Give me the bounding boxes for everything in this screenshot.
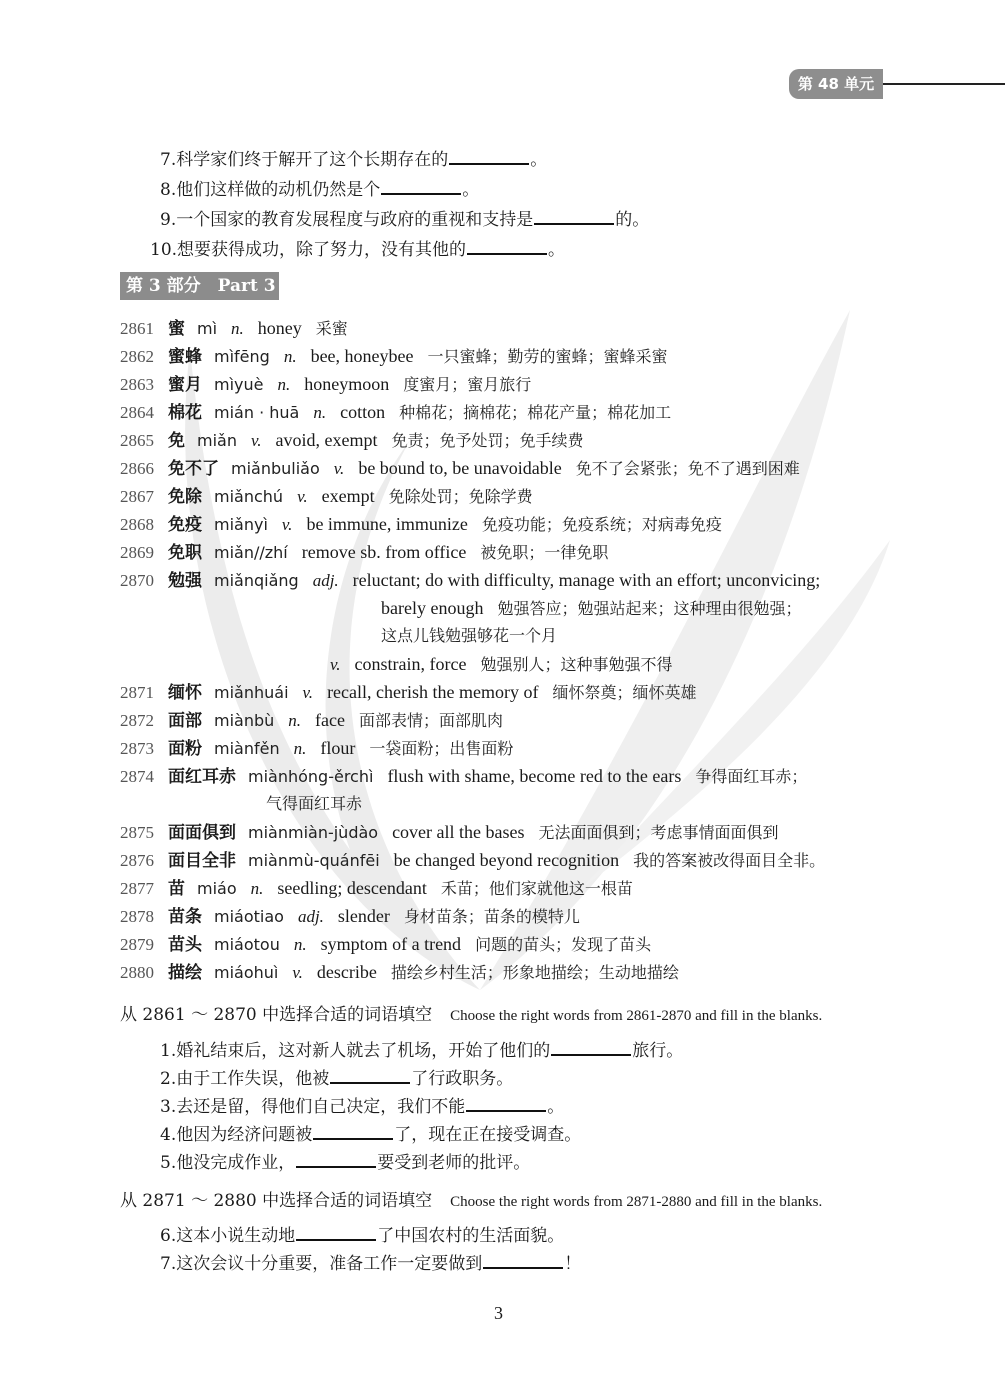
exercise-text-end: 。 — [530, 150, 547, 170]
entry-number: 2873 — [120, 737, 168, 761]
instruction-en: Choose the right words from 2861-2870 an… — [450, 1008, 822, 1024]
watermark-swoosh-graphic — [150, 290, 910, 1010]
entry-examples: 被免职；一律免职 — [480, 543, 608, 562]
entry-word: 免除 — [168, 487, 202, 507]
entry-number: 2863 — [120, 373, 168, 397]
entry-examples: 气得面红耳赤 — [266, 794, 362, 813]
vocab-entry-continuation: 这点儿钱勉强够花一个月 — [381, 624, 557, 648]
entry-pinyin: miáotou — [214, 935, 280, 954]
entry-pinyin: miànmù-quánfēi — [248, 851, 380, 870]
vocab-entry-continuation: barely enough勉强答应；勉强站起来；这种理由很勉强； — [381, 596, 801, 621]
entry-word: 面红耳赤 — [168, 767, 236, 787]
exercise-text: 一个国家的教育发展程度与政府的重视和支持是 — [176, 210, 533, 230]
entry-pinyin: miǎnchú — [214, 487, 283, 506]
entry-pinyin: miànbù — [214, 711, 274, 730]
entry-pinyin: mián · huā — [214, 403, 299, 422]
exercise-item: 2.由于工作失误，他被了行政职务。 — [160, 1064, 513, 1091]
vocab-entry: 2878苗条miáotiaoadj.slender身材苗条；苗条的模特儿 — [120, 904, 580, 929]
exercise-item: 1.婚礼结束后，这对新人就去了机场，开始了他们的旅行。 — [160, 1036, 683, 1063]
entry-definition: recall, cherish the memory of — [327, 682, 538, 702]
entry-pinyin: miáo — [197, 879, 237, 898]
answer-blank[interactable] — [296, 1148, 376, 1168]
vocab-entry: 2876面目全非miànmù-quánfēibe changed beyond … — [120, 848, 825, 873]
entry-definition: bee, honeybee — [311, 346, 414, 366]
vocab-entry: 2867免除miǎnchúv.exempt免除处罚；免除学费 — [120, 484, 533, 509]
exercise-number: 8. — [160, 180, 176, 200]
entry-examples: 问题的苗头；发现了苗头 — [475, 935, 651, 954]
entry-examples: 免除处罚；免除学费 — [389, 487, 533, 506]
vocab-entry: 2861蜜mìn.honey采蜜 — [120, 316, 348, 341]
exercise-item: 4.他因为经济问题被了，现在正在接受调查。 — [160, 1120, 581, 1147]
exercise-instruction: 从 2871 ～ 2880 中选择合适的词语填空Choose the right… — [120, 1186, 822, 1211]
entry-pinyin: mì — [197, 319, 217, 338]
exercise-text: 这次会议十分重要，准备工作一定要做到 — [176, 1254, 482, 1274]
entry-examples: 禾苗；他们家就他这一根苗 — [441, 879, 633, 898]
vocab-entry: 2868免疫miǎnyìv.be immune, immunize免疫功能；免疫… — [120, 512, 722, 537]
entry-pinyin: miǎnbuliǎo — [231, 459, 320, 478]
answer-blank[interactable] — [483, 1249, 563, 1269]
exercise-item: 7.这次会议十分重要，准备工作一定要做到！ — [160, 1249, 581, 1276]
part-heading: 第 3 部分 Part 3 — [120, 272, 279, 300]
exercise-text: 去还是留，得他们自己决定，我们不能 — [176, 1097, 465, 1117]
entry-number: 2872 — [120, 709, 168, 733]
entry-definition: symptom of a trend — [321, 934, 461, 954]
entry-number: 2871 — [120, 681, 168, 705]
exercise-number: 1. — [160, 1041, 176, 1061]
exercise-text: 婚礼结束后，这对新人就去了机场，开始了他们的 — [176, 1041, 550, 1061]
entry-pinyin: miànmiàn-jùdào — [248, 823, 378, 842]
entry-pinyin: miànhóng-ěrchì — [248, 767, 373, 786]
exercise-text-end: 了，现在正在接受调查。 — [394, 1125, 581, 1145]
entry-word: 免 — [168, 431, 185, 451]
entry-pinyin: miǎnyì — [214, 515, 268, 534]
exercise-number: 2. — [160, 1069, 176, 1089]
entry-word: 面面俱到 — [168, 823, 236, 843]
answer-blank[interactable] — [296, 1221, 376, 1241]
exercise-item: 5.他没完成作业，要受到老师的批评。 — [160, 1148, 530, 1175]
entry-number: 2867 — [120, 485, 168, 509]
entry-number: 2866 — [120, 457, 168, 481]
exercise-text: 他们这样做的动机仍然是个 — [176, 180, 380, 200]
vocab-entry-sense: v.constrain, force勉强别人；这种事勉强不得 — [330, 652, 673, 677]
entry-examples: 身材苗条；苗条的模特儿 — [404, 907, 580, 926]
entry-examples: 免责；免予处罚；免手续费 — [392, 431, 584, 450]
entry-pos: v. — [303, 683, 314, 702]
vocab-entry: 2869免职miǎn//zhíremove sb. from office被免职… — [120, 540, 608, 565]
entry-definition: seedling; descendant — [277, 878, 426, 898]
entry-definition: flour — [320, 738, 355, 758]
entry-word: 苗头 — [168, 935, 202, 955]
entry-definition: honeymoon — [304, 374, 389, 394]
exercise-text: 他因为经济问题被 — [176, 1125, 312, 1145]
entry-examples: 一只蜜蜂；勤劳的蜜蜂；蜜蜂采蜜 — [428, 347, 668, 366]
exercise-number: 7. — [160, 150, 176, 170]
exercise-text: 想要获得成功，除了努力，没有其他的 — [177, 240, 466, 260]
vocab-entry: 2880描绘miáohuìv.describe描绘乡村生活；形象地描绘；生动地描… — [120, 960, 679, 985]
entry-word: 面部 — [168, 711, 202, 731]
entry-word: 免疫 — [168, 515, 202, 535]
entry-number: 2879 — [120, 933, 168, 957]
entry-number: 2875 — [120, 821, 168, 845]
entry-pinyin: miǎnqiǎng — [214, 571, 299, 590]
entry-examples: 争得面红耳赤； — [695, 767, 807, 786]
entry-number: 2878 — [120, 905, 168, 929]
entry-word: 蜜蜂 — [168, 347, 202, 367]
exercise-text-end: 了中国农村的生活面貌。 — [377, 1226, 564, 1246]
entry-number: 2868 — [120, 513, 168, 537]
exercise-text-end: 的。 — [615, 210, 649, 230]
answer-blank[interactable] — [381, 175, 461, 195]
entry-number: 2874 — [120, 765, 168, 789]
entry-word: 免不了 — [168, 459, 219, 479]
entry-word: 面目全非 — [168, 851, 236, 871]
vocab-entry: 2870勉强miǎnqiǎngadj.reluctant; do with di… — [120, 568, 834, 593]
entry-examples: 采蜜 — [316, 319, 348, 338]
answer-blank[interactable] — [551, 1036, 631, 1056]
answer-blank[interactable] — [313, 1120, 393, 1140]
answer-blank[interactable] — [330, 1064, 410, 1084]
entry-examples: 种棉花；摘棉花；棉花产量；棉花加工 — [399, 403, 671, 422]
exercise-text: 这本小说生动地 — [176, 1226, 295, 1246]
exercise-item: 3.去还是留，得他们自己决定，我们不能。 — [160, 1092, 564, 1119]
entry-examples: 面部表情；面部肌肉 — [359, 711, 503, 730]
exercise-text-end: 。 — [548, 240, 565, 260]
entry-pinyin: miǎn — [197, 431, 237, 450]
entry-word: 面粉 — [168, 739, 202, 759]
entry-pos: n. — [294, 935, 307, 954]
exercise-item: 9.一个国家的教育发展程度与政府的重视和支持是的。 — [160, 205, 649, 232]
vocab-entry: 2873面粉miànfěnn.flour一袋面粉；出售面粉 — [120, 736, 513, 761]
entry-definition: be bound to, be unavoidable — [358, 458, 561, 478]
entry-pos: v. — [251, 431, 262, 450]
exercise-text: 科学家们终于解开了这个长期存在的 — [176, 150, 448, 170]
vocab-entry: 2865免miǎnv.avoid, exempt免责；免予处罚；免手续费 — [120, 428, 584, 453]
entry-definition: remove sb. from office — [302, 542, 467, 562]
exercise-text-end: 旅行。 — [632, 1041, 683, 1061]
entry-examples: 这点儿钱勉强够花一个月 — [381, 626, 557, 645]
exercise-instruction: 从 2861 ～ 2870 中选择合适的词语填空Choose the right… — [120, 1000, 822, 1025]
entry-pos: v. — [334, 459, 345, 478]
vocab-entry: 2875面面俱到miànmiàn-jùdàocover all the base… — [120, 820, 779, 845]
vocab-entry: 2872面部miànbùn.face面部表情；面部肌肉 — [120, 708, 503, 733]
instruction-zh: 从 2861 ～ 2870 中选择合适的词语填空 — [120, 1005, 432, 1025]
entry-examples: 勉强答应；勉强站起来；这种理由很勉强； — [497, 599, 801, 618]
answer-blank[interactable] — [449, 145, 529, 165]
entry-word: 苗条 — [168, 907, 202, 927]
entry-pinyin: mìfēng — [214, 347, 270, 366]
entry-pos: n. — [288, 711, 301, 730]
entry-number: 2865 — [120, 429, 168, 453]
entry-number: 2869 — [120, 541, 168, 565]
entry-definition: cotton — [340, 402, 385, 422]
exercise-text-end: 要受到老师的批评。 — [377, 1153, 530, 1173]
exercise-item: 10.想要获得成功，除了努力，没有其他的。 — [150, 235, 565, 262]
exercise-text-end: ！ — [564, 1254, 581, 1274]
entry-pinyin: miànfěn — [214, 739, 280, 758]
vocab-entry: 2879苗头miáotoun.symptom of a trend问题的苗头；发… — [120, 932, 651, 957]
exercise-text: 他没完成作业， — [176, 1153, 295, 1173]
entry-definition: slender — [338, 906, 390, 926]
entry-pinyin: mìyuè — [214, 375, 263, 394]
exercise-text-end: 了行政职务。 — [411, 1069, 513, 1089]
instruction-zh: 从 2871 ～ 2880 中选择合适的词语填空 — [120, 1191, 432, 1211]
vocab-entry: 2862蜜蜂mìfēngn.bee, honeybee一只蜜蜂；勤劳的蜜蜂；蜜蜂… — [120, 344, 668, 369]
entry-number: 2876 — [120, 849, 168, 873]
entry-number: 2864 — [120, 401, 168, 425]
entry-number: 2880 — [120, 961, 168, 985]
entry-definition: exempt — [322, 486, 375, 506]
entry-pos: n. — [284, 347, 297, 366]
entry-definition: be immune, immunize — [306, 514, 467, 534]
entry-examples: 一袋面粉；出售面粉 — [369, 739, 513, 758]
entry-pos: v. — [330, 655, 341, 674]
entry-definition: flush with shame, become red to the ears — [387, 766, 681, 786]
entry-number: 2861 — [120, 317, 168, 341]
entry-definition: cover all the bases — [392, 822, 524, 842]
vocab-entry-continuation: 气得面红耳赤 — [266, 792, 362, 816]
entry-pos: n. — [294, 739, 307, 758]
entry-definition: honey — [258, 318, 302, 338]
exercise-number: 5. — [160, 1153, 176, 1173]
exercise-number: 6. — [160, 1226, 176, 1246]
entry-definition: face — [315, 710, 345, 730]
answer-blank[interactable] — [466, 1092, 546, 1112]
answer-blank[interactable] — [534, 205, 614, 225]
vocab-entry: 2866免不了miǎnbuliǎov.be bound to, be unavo… — [120, 456, 800, 481]
entry-pos: adj. — [313, 571, 339, 590]
exercise-item: 7.科学家们终于解开了这个长期存在的。 — [160, 145, 547, 172]
entry-word: 棉花 — [168, 403, 202, 423]
entry-pinyin: miáohuì — [214, 963, 278, 982]
entry-number: 2877 — [120, 877, 168, 901]
entry-examples: 缅怀祭奠；缅怀英雄 — [552, 683, 696, 702]
vocab-entry: 2864棉花mián · huān.cotton种棉花；摘棉花；棉花产量；棉花加… — [120, 400, 671, 425]
entry-pos: v. — [292, 963, 303, 982]
vocab-entry: 2877苗miáon.seedling; descendant禾苗；他们家就他这… — [120, 876, 633, 901]
vocab-entry: 2874面红耳赤miànhóng-ěrchìflush with shame, … — [120, 764, 807, 789]
entry-pos: n. — [313, 403, 326, 422]
exercise-text-end: 。 — [547, 1097, 564, 1117]
entry-word: 勉强 — [168, 571, 202, 591]
entry-definition: barely enough — [381, 598, 483, 618]
page-number: 3 — [494, 1303, 503, 1324]
entry-definition: constrain, force — [355, 654, 467, 674]
entry-word: 免职 — [168, 543, 202, 563]
entry-pos: adj. — [298, 907, 324, 926]
entry-examples: 免不了会紧张；免不了遇到困难 — [576, 459, 800, 478]
entry-word: 描绘 — [168, 963, 202, 983]
vocab-entry: 2863蜜月mìyuèn.honeymoon度蜜月；蜜月旅行 — [120, 372, 531, 397]
entry-word: 蜜月 — [168, 375, 202, 395]
entry-word: 苗 — [168, 879, 185, 899]
unit-label-tab: 第 48 单元 — [789, 69, 883, 99]
entry-pinyin: miǎn//zhí — [214, 543, 288, 562]
entry-examples: 勉强别人；这种事勉强不得 — [481, 655, 673, 674]
entry-pinyin: miáotiao — [214, 907, 284, 926]
answer-blank[interactable] — [467, 235, 547, 255]
exercise-item: 6.这本小说生动地了中国农村的生活面貌。 — [160, 1221, 564, 1248]
exercise-number: 4. — [160, 1125, 176, 1145]
exercise-number: 7. — [160, 1254, 176, 1274]
exercise-number: 10. — [150, 240, 177, 260]
entry-definition: describe — [317, 962, 377, 982]
exercise-text-end: 。 — [462, 180, 479, 200]
entry-word: 蜜 — [168, 319, 185, 339]
entry-definition: avoid, exempt — [276, 430, 378, 450]
entry-pos: n. — [251, 879, 264, 898]
exercise-item: 8.他们这样做的动机仍然是个。 — [160, 175, 479, 202]
entry-pinyin: miǎnhuái — [214, 683, 289, 702]
entry-examples: 度蜜月；蜜月旅行 — [403, 375, 531, 394]
entry-pos: v. — [282, 515, 293, 534]
vocab-entry: 2871缅怀miǎnhuáiv.recall, cherish the memo… — [120, 680, 697, 705]
instruction-en: Choose the right words from 2871-2880 an… — [450, 1194, 822, 1210]
exercise-number: 3. — [160, 1097, 176, 1117]
entry-number: 2862 — [120, 345, 168, 369]
exercise-text: 由于工作失误，他被 — [176, 1069, 329, 1089]
entry-pos: n. — [277, 375, 290, 394]
entry-definition: be changed beyond recognition — [394, 850, 619, 870]
entry-pos: v. — [297, 487, 308, 506]
header-rule — [883, 83, 1005, 85]
entry-examples: 我的答案被改得面目全非。 — [633, 851, 825, 870]
exercise-number: 9. — [160, 210, 176, 230]
entry-pos: n. — [231, 319, 244, 338]
entry-examples: 无法面面俱到；考虑事情面面俱到 — [539, 823, 779, 842]
entry-examples: 描绘乡村生活；形象地描绘；生动地描绘 — [391, 963, 679, 982]
entry-word: 缅怀 — [168, 683, 202, 703]
entry-number: 2870 — [120, 569, 168, 593]
entry-examples: 免疫功能；免疫系统；对病毒免疫 — [482, 515, 722, 534]
entry-definition: reluctant; do with difficulty, manage wi… — [353, 570, 821, 590]
